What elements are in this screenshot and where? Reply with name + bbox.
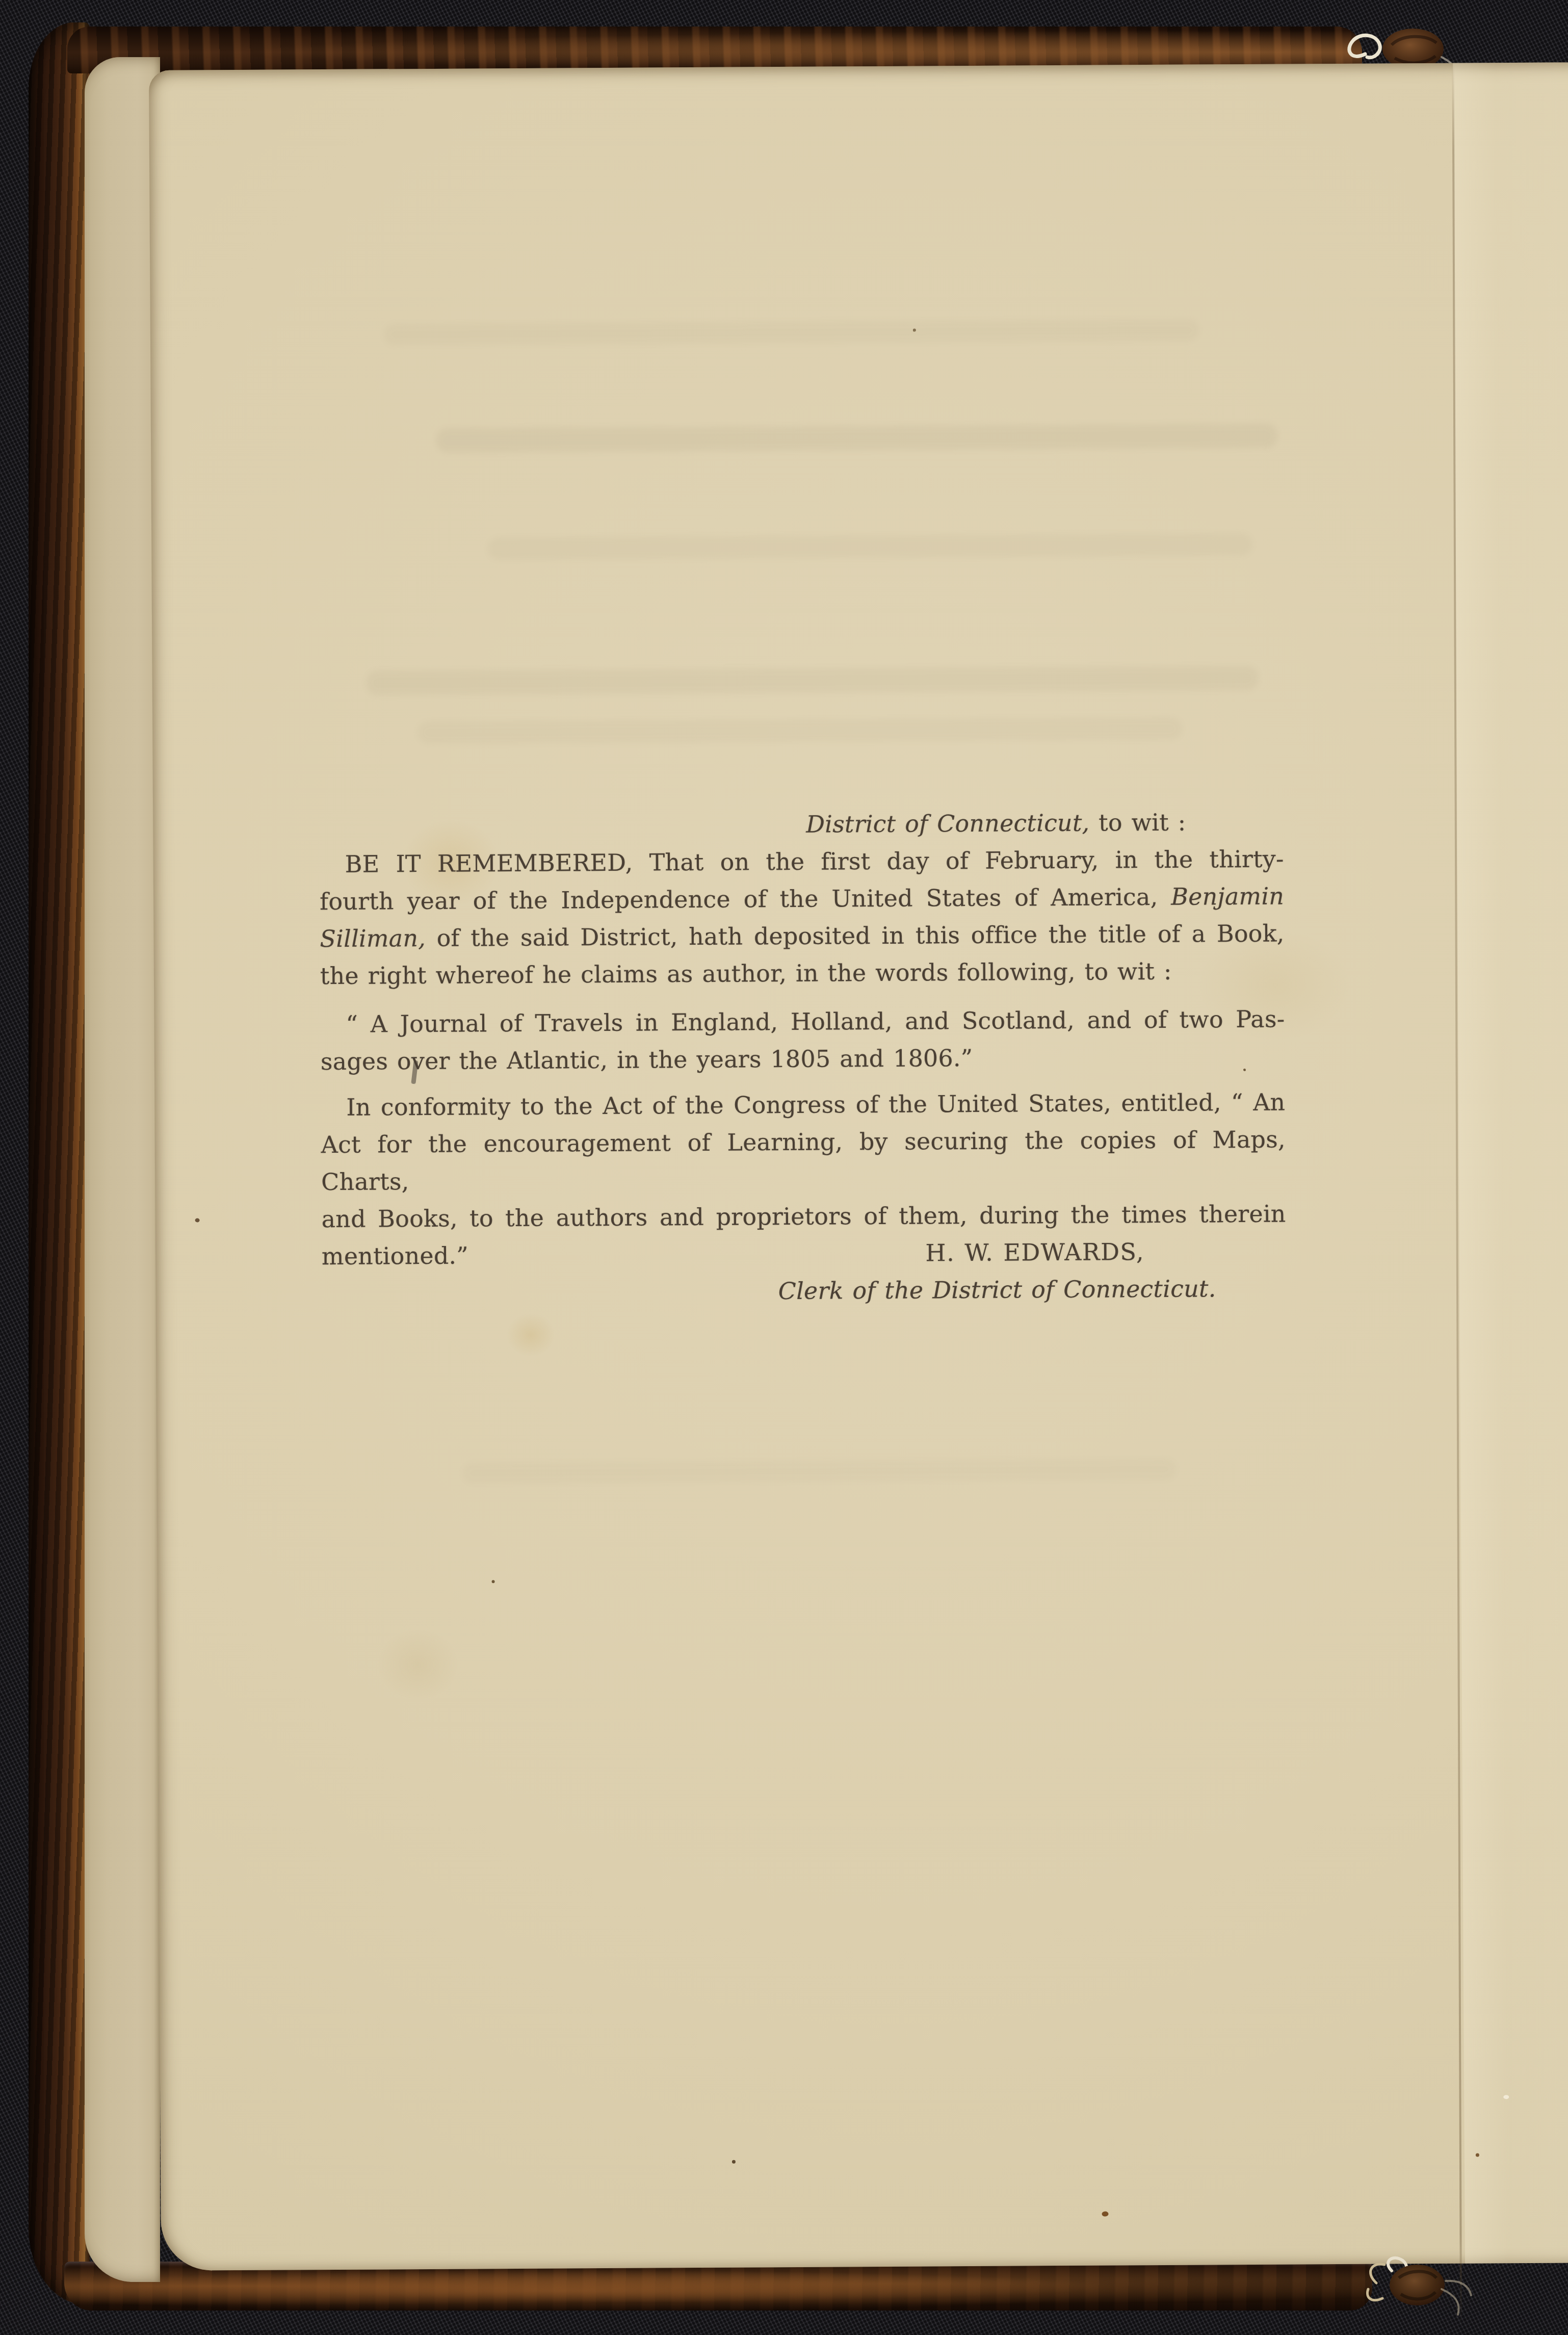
flyleaf-page-edge bbox=[85, 57, 160, 2282]
bleedthrough-ghost-line bbox=[367, 666, 1259, 695]
to-wit-text: to wit : bbox=[1089, 809, 1186, 837]
bleedthrough-ghost-line bbox=[462, 1459, 1176, 1484]
text-line: the right whereof he claims as author, i… bbox=[320, 952, 1285, 995]
paper-speck bbox=[732, 2160, 736, 2164]
paper-speck bbox=[1102, 2212, 1108, 2217]
text-line: In conformity to the Act of the Congress… bbox=[321, 1084, 1285, 1127]
clerk-signature: H. W. EDWARDS, bbox=[925, 1233, 1144, 1272]
book-spine-leather bbox=[29, 22, 90, 2304]
text-line: sages over the Atlantic, in the years 18… bbox=[321, 1038, 1285, 1081]
signature-row: mentioned.”H. W. EDWARDS, bbox=[322, 1233, 1286, 1276]
bleedthrough-ghost-line bbox=[436, 424, 1277, 453]
book-scan: District of Connecticut, to wit : BE IT … bbox=[0, 0, 1568, 2335]
headband-knot-bottom-icon bbox=[1356, 2242, 1529, 2334]
page-fold-highlight bbox=[1453, 62, 1568, 2263]
text-line: BE IT REMEMBERED, That on the first day … bbox=[320, 841, 1284, 884]
copyright-statement: District of Connecticut, to wit : BE IT … bbox=[319, 803, 1286, 1313]
paper-speck bbox=[492, 1580, 495, 1583]
text-line: fourth year of the Independence of the U… bbox=[320, 878, 1284, 921]
paper-speck bbox=[195, 1218, 200, 1222]
district-line: District of Connecticut, to wit : bbox=[319, 803, 1284, 846]
text-segment: fourth year of the Independence of the U… bbox=[320, 883, 1171, 915]
paper-speck bbox=[1476, 2153, 1479, 2157]
mentioned-text: mentioned.” bbox=[322, 1237, 468, 1276]
author-name-italic: Benjamin bbox=[1171, 883, 1284, 911]
district-name-text: District of Connecticut, bbox=[806, 809, 1090, 838]
bleedthrough-ghost-line bbox=[488, 533, 1252, 560]
paragraph-book-title: “ A Journal of Travels in England, Holla… bbox=[320, 1001, 1285, 1081]
text-line: “ A Journal of Travels in England, Holla… bbox=[320, 1001, 1285, 1044]
paper-speck bbox=[913, 329, 916, 332]
clerk-title-line: Clerk of the District of Connecticut. bbox=[322, 1270, 1286, 1313]
text-line: Act for the encouragement of Learning, b… bbox=[321, 1121, 1286, 1201]
paragraph-act-of-congress: In conformity to the Act of the Congress… bbox=[321, 1084, 1286, 1313]
bleedthrough-ghost-line bbox=[384, 319, 1199, 345]
bleedthrough-ghost-line bbox=[417, 717, 1182, 744]
paper-stain bbox=[507, 1313, 555, 1357]
text-line: and Books, to the authors and proprietor… bbox=[321, 1196, 1286, 1238]
author-name-italic: Silliman, bbox=[320, 924, 426, 952]
paragraph-be-it-remembered: BE IT REMEMBERED, That on the first day … bbox=[320, 841, 1285, 995]
book-page: District of Connecticut, to wit : BE IT … bbox=[149, 62, 1568, 2271]
paper-speck bbox=[1503, 2095, 1509, 2099]
text-segment: of the said District, hath deposited in … bbox=[426, 920, 1285, 952]
paper-stain bbox=[377, 1629, 459, 1701]
text-line: Silliman, of the said District, hath dep… bbox=[320, 915, 1284, 958]
